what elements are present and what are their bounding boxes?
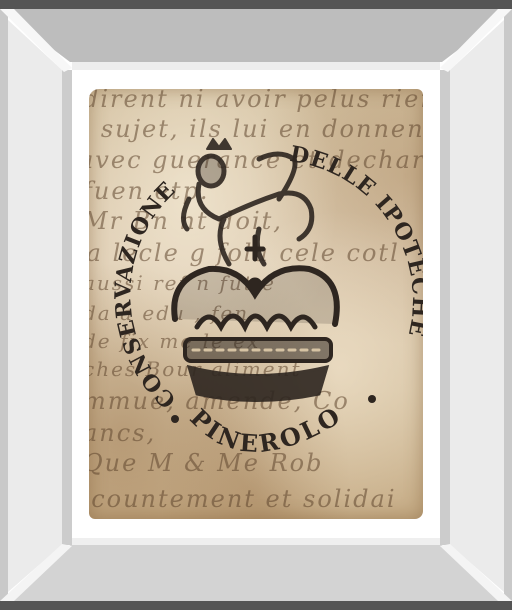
frame-left-outer: [0, 9, 8, 601]
stamp-text-bottom: PINEROLO: [184, 400, 347, 458]
stamp-dot-left: [171, 415, 179, 423]
frame-right-outer: [504, 9, 512, 601]
frame-right-bevel: [450, 20, 504, 592]
frame-bottom-bevel: [0, 545, 512, 601]
mat-bottom-shadow: [72, 538, 440, 545]
stamp-dot-right: [368, 395, 376, 403]
frame-top-bevel: [0, 9, 512, 62]
crown-icon: [174, 237, 337, 401]
crown-stamp: CONSERVAZIONE DELLE IPOTECHE PINEROLO: [89, 89, 423, 519]
lion-icon: [183, 139, 311, 264]
frame-top-edge: [0, 0, 512, 9]
frame-left-inner-strip: [62, 70, 72, 545]
frame-bottom-edge: [0, 601, 512, 610]
artwork-print: dirent ni avoir pelus rien a e sujet, il…: [89, 89, 423, 519]
frame-left-bevel: [8, 20, 62, 592]
frame-right-inner-strip: [440, 70, 450, 545]
stamp-text-left: CONSERVAZIONE: [110, 176, 181, 413]
mat-top-shadow: [72, 62, 440, 70]
